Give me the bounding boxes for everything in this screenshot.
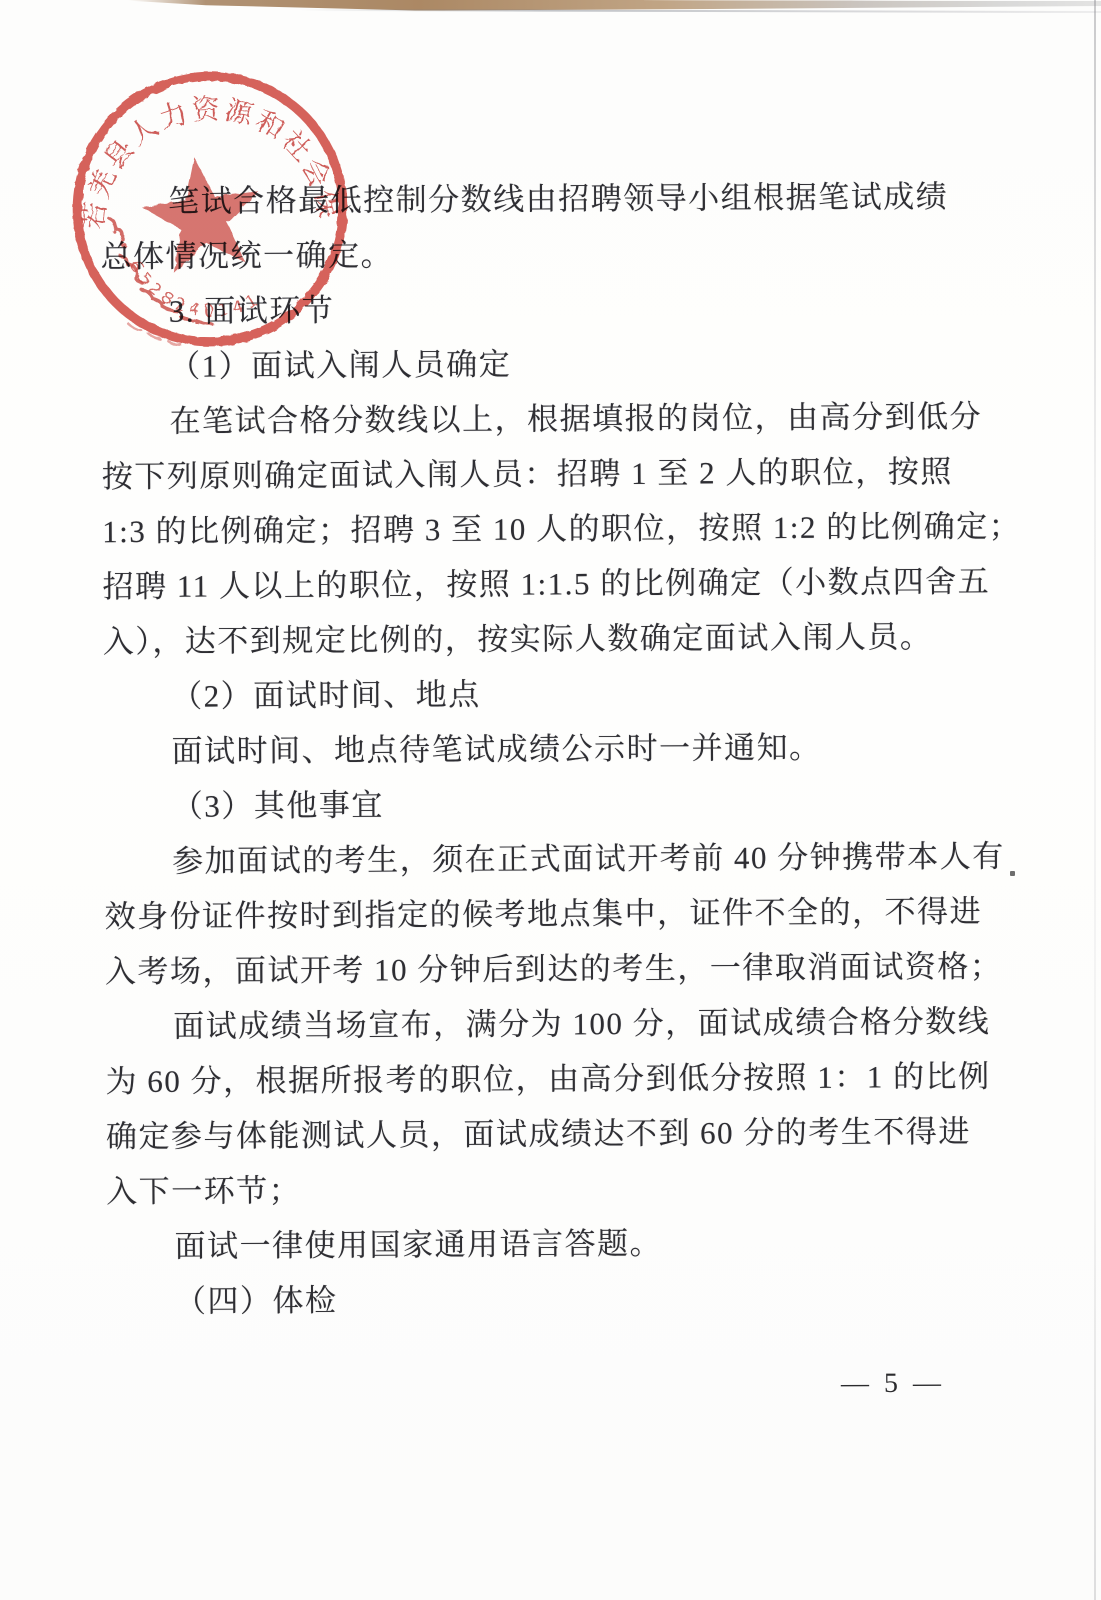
scan-right-edge-artifact [1094,0,1096,1600]
text-line: 面试成绩当场宣布，满分为 100 分，面试成绩合格分数线 [105,994,1005,1054]
text-line: 参加面试的考生，须在正式面试开考前 40 分钟携带本人有 [104,829,1004,889]
text-line: 为 60 分，根据所报考的职位，由高分到低分按照 1：1 的比例 [105,1049,1005,1109]
text-line: 入下一环节； [106,1159,1006,1219]
text-line: 确定参与体能测试人员，面试成绩达不到 60 分的考生不得进 [106,1104,1006,1164]
text-line: 在笔试合格分数线以上，根据填报的岗位，由高分到低分 [101,389,1001,449]
text-line: 入），达不到规定比例的，按实际人数确定面试入闱人员。 [103,609,1003,669]
text-line: 面试时间、地点待笔试成绩公示时一并通知。 [103,719,1003,779]
text-line: 入考场，面试开考 10 分钟后到达的考生，一律取消面试资格； [105,939,1005,999]
text-line: 1:3 的比例确定；招聘 3 至 10 人的职位，按照 1:2 的比例确定； [102,499,1002,559]
page-number: — 5 — [828,1368,958,1401]
text-line: 面试一律使用国家通用语言答题。 [106,1214,1006,1274]
text-line: 招聘 11 人以上的职位，按照 1:1.5 的比例确定（小数点四舍五 [102,554,1002,614]
text-line: （四）体检 [107,1269,1007,1329]
scan-speck [1010,871,1015,876]
official-seal: 若羌县人力资源和社会保障局 6528240141 [66,64,354,352]
text-line: 效身份证件按时到指定的候考地点集中，证件不全的，不得进 [104,884,1004,944]
scanned-document-page: 笔试合格最低控制分数线由招聘领导小组根据笔试成绩总体情况统一确定。3. 面试环节… [0,0,1101,1600]
scan-top-edge-line [300,9,1101,13]
seal-code-digits: 6528240141 [126,257,265,320]
text-line: （2）面试时间、地点 [103,664,1003,724]
text-line: 按下列原则确定面试入闱人员：招聘 1 至 2 人的职位，按照 [102,444,1002,504]
text-line: （3）其他事宜 [104,774,1004,834]
seal-star-icon [142,157,258,273]
